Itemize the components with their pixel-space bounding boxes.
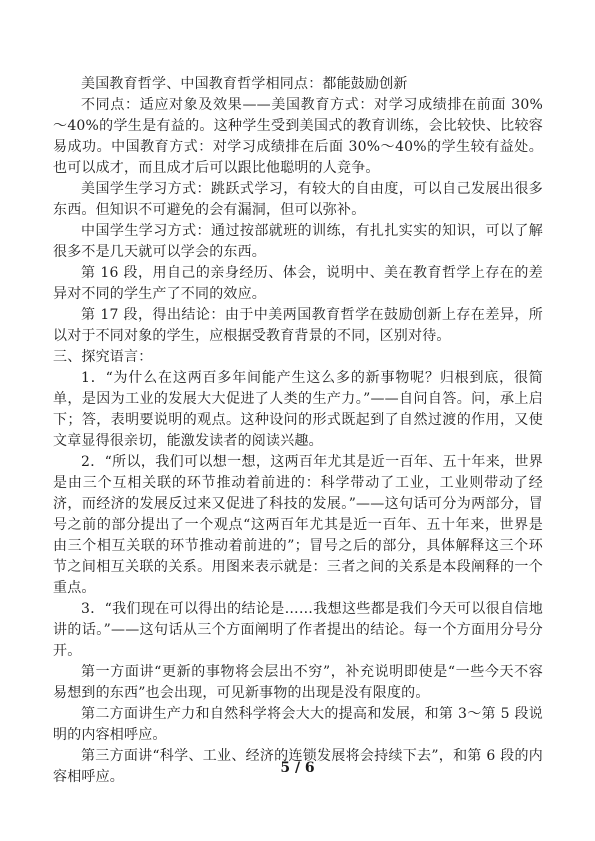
paragraph: 中国学生学习方式：通过按部就班的训练，有扎扎实实的知识，可以了解很多不是几天就可… — [53, 221, 543, 263]
paragraph: 美国教育哲学、中国教育哲学相同点：都能鼓励创新 — [53, 74, 543, 95]
paragraph: 第一方面讲“更新的事物将会层出不穷”，补充说明即使是“一些今天不容易想到的东西”… — [53, 662, 543, 704]
paragraph: 1．“为什么在这两百多年间能产生这么多的新事物呢？归根到底，很简单，是因为工业的… — [53, 368, 543, 452]
paragraph: 三、探究语言： — [53, 347, 543, 368]
document-body: 美国教育哲学、中国教育哲学相同点：都能鼓励创新不同点：适应对象及效果——美国教育… — [53, 74, 543, 788]
paragraph: 第 17 段，得出结论：由于中美两国教育哲学在鼓励创新上存在差异，所以对于不同对… — [53, 305, 543, 347]
paragraph: 美国学生学习方式：跳跃式学习，有较大的自由度，可以自己发展出很多东西。但知识不可… — [53, 179, 543, 221]
paragraph: 2．“所以，我们可以想一想，这两百年尤其是近一百年、五十年来，世界是由三个互相关… — [53, 452, 543, 599]
document-page: 美国教育哲学、中国教育哲学相同点：都能鼓励创新不同点：适应对象及效果——美国教育… — [0, 0, 595, 841]
paragraph: 第 16 段，用自己的亲身经历、体会，说明中、美在教育哲学上存在的差异对不同的学… — [53, 263, 543, 305]
page-number: 5 / 6 — [280, 760, 314, 776]
page-footer: 5 / 6 — [0, 760, 595, 776]
paragraph: 第二方面讲生产力和自然科学将会大大的提高和发展，和第 3～第 5 段说明的内容相… — [53, 704, 543, 746]
paragraph: 3．“我们现在可以得出的结论是……我想这些都是我们今天可以很自信地讲的话。”——… — [53, 599, 543, 662]
paragraph: 不同点：适应对象及效果——美国教育方式：对学习成绩排在前面 30%～40%的学生… — [53, 95, 543, 179]
